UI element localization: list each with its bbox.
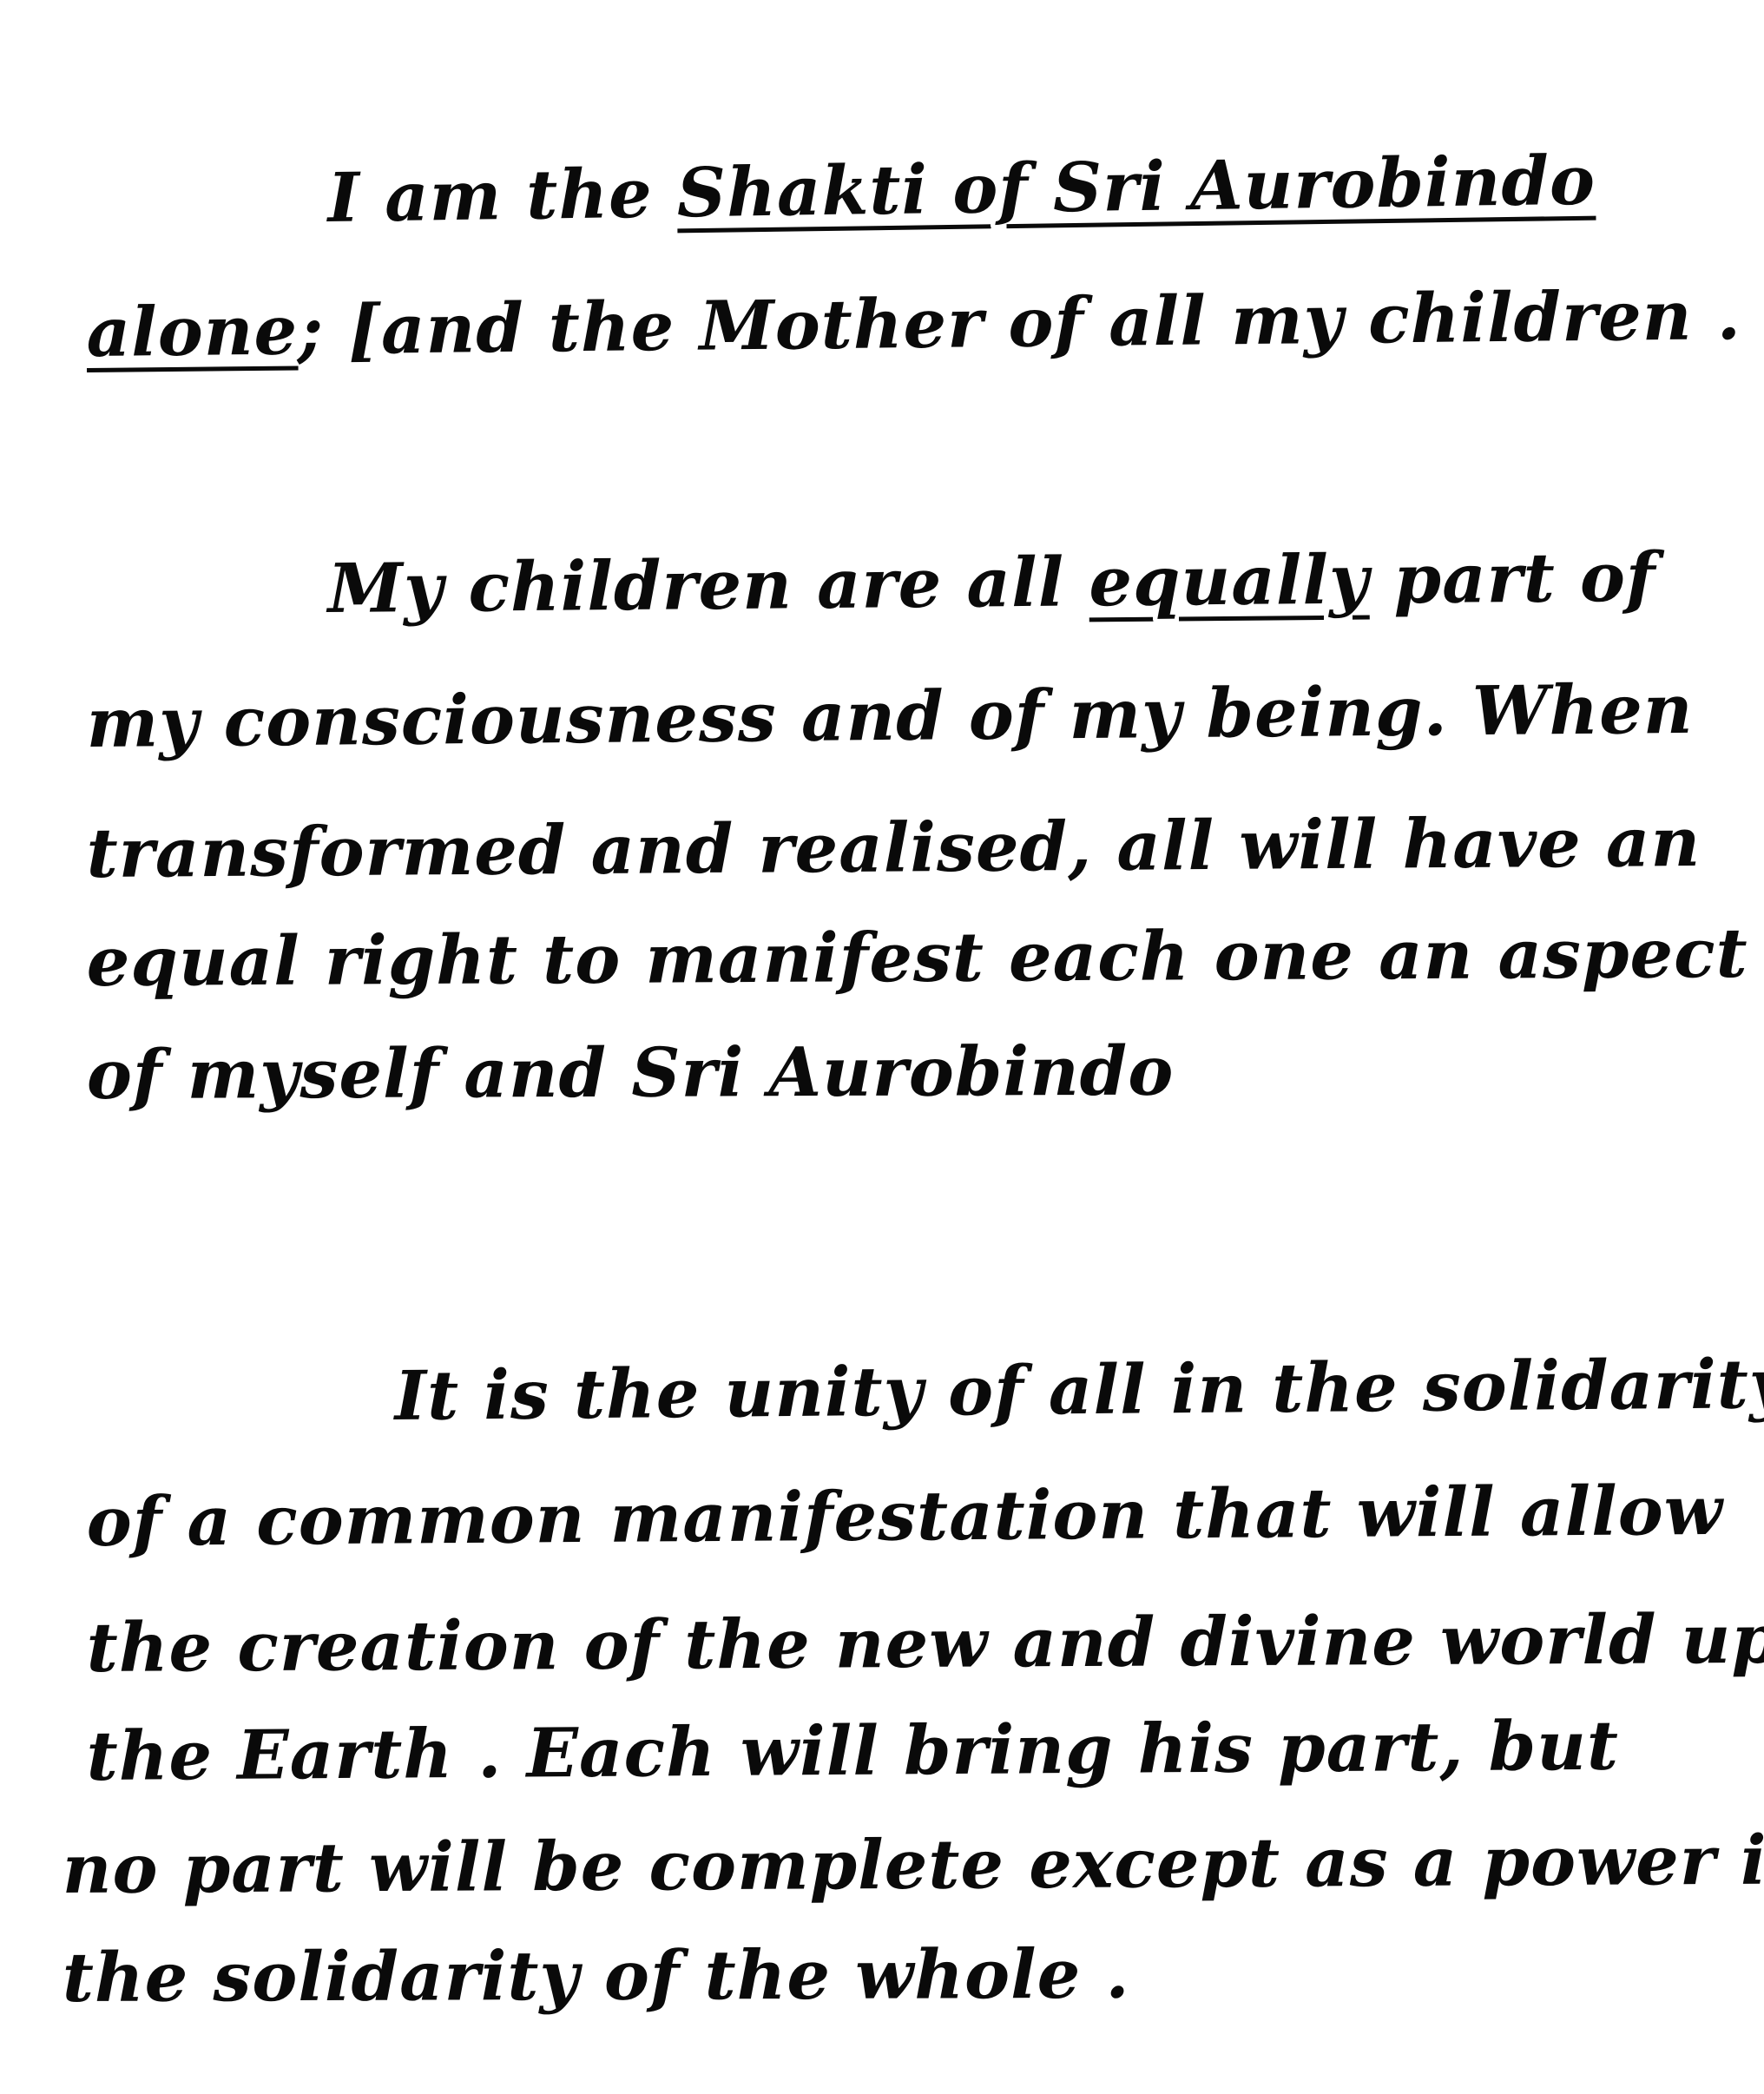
line-12-text: no part will be complete except as a pow… — [63, 1821, 1764, 1909]
line-7: of myself and Sri Aurobindo — [87, 1038, 1175, 1110]
underlined-word-alone: alone — [86, 291, 298, 372]
line-6-text: equal right to manifest each one an aspe… — [87, 914, 1748, 1002]
line-11: the Earth . Each will bring his part, bu… — [86, 1713, 1619, 1791]
line-4-text: my consciousness and of my being. When — [86, 670, 1694, 763]
line-7-text: of myself and Sri Aurobindo — [87, 1032, 1175, 1115]
line-2-text: ; [and the Mother of all my children . — [298, 276, 1742, 370]
underlined-word-equally: equally — [1089, 541, 1370, 622]
line-10: the creation of the new and divine world… — [87, 1605, 1764, 1682]
line-3: My children are all equally part of — [327, 544, 1655, 623]
line-3-after: part of — [1369, 538, 1656, 620]
line-9: of a common manifestation that will allo… — [86, 1478, 1723, 1557]
line-10-text: the creation of the new and divine world… — [87, 1599, 1764, 1688]
line-5-text: transformed and realised, all will have … — [86, 803, 1701, 893]
line-2: alone; [and the Mother of all my childre… — [86, 282, 1741, 367]
line-13-text: the solidarity of the whole . — [63, 1935, 1130, 2018]
line-4: my consciousness and of my being. When — [86, 676, 1694, 758]
line-13: the solidarity of the whole . — [63, 1941, 1130, 2012]
line-9-text: of a common manifestation that will allo… — [86, 1472, 1723, 1562]
handwritten-page: I am the Shakti of Sri Aurobindo alone; … — [0, 0, 1764, 2094]
line-3-text: My children are all — [327, 543, 1089, 629]
line-1-text: I am the — [327, 154, 678, 238]
underlined-phrase-shakti: Shakti of Sri Aurobindo — [676, 142, 1596, 234]
line-12: no part will be complete except as a pow… — [63, 1827, 1764, 1904]
line-6: equal right to manifest each one an aspe… — [87, 920, 1748, 997]
line-8-text: It is the unity of all in the solidarity — [394, 1345, 1764, 1436]
line-11-text: the Earth . Each will bring his part, bu… — [86, 1707, 1619, 1796]
line-8: It is the unity of all in the solidarity — [394, 1351, 1764, 1431]
line-1: I am the Shakti of Sri Aurobindo — [327, 148, 1596, 233]
line-5: transformed and realised, all will have … — [86, 809, 1701, 888]
